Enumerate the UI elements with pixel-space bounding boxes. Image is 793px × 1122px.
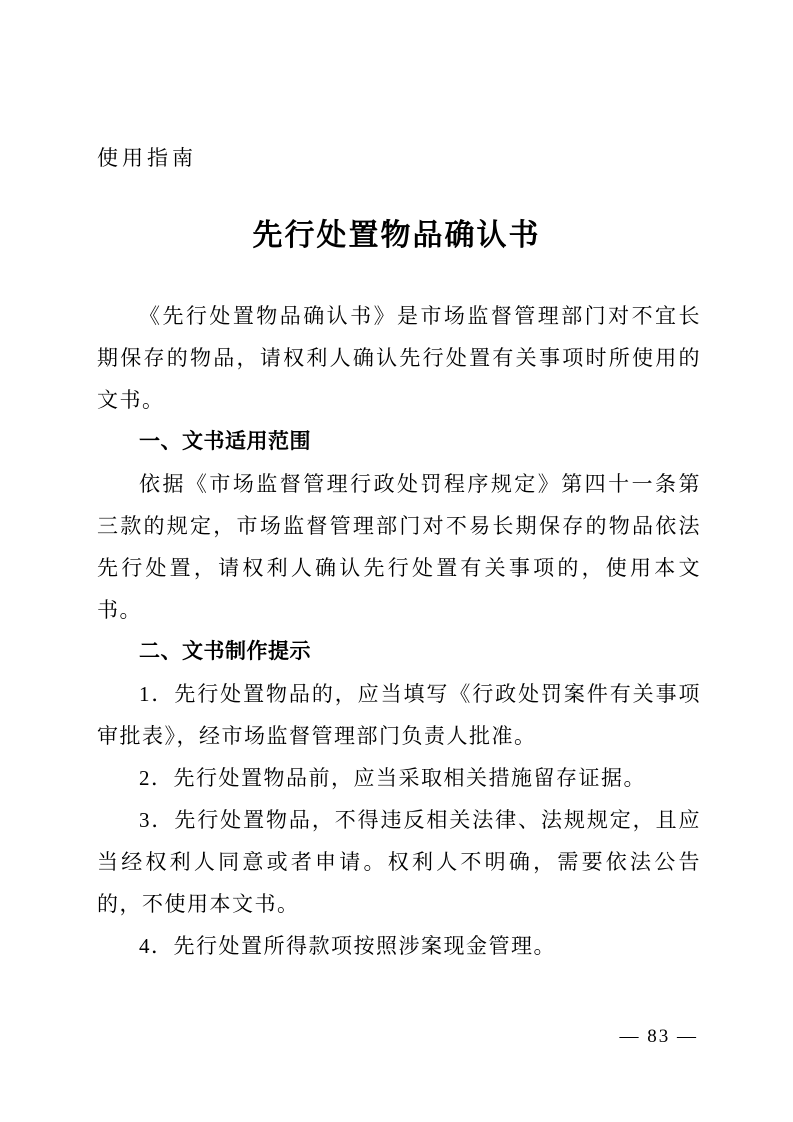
intro-paragraph: 《先行处置物品确认书》是市场监督管理部门对不宜长期保存的物品，请权利人确认先行处… — [97, 295, 701, 421]
document-page: 使用指南 先行处置物品确认书 《先行处置物品确认书》是市场监督管理部门对不宜长期… — [0, 0, 793, 1122]
doc-category-label: 使用指南 — [97, 142, 197, 172]
list-item-2: 2．先行处置物品前，应当采取相关措施留存证据。 — [97, 757, 701, 799]
section1-heading: 一、文书适用范围 — [97, 421, 701, 463]
section2-heading: 二、文书制作提示 — [97, 631, 701, 673]
list-item-4: 4．先行处置所得款项按照涉案现金管理。 — [97, 925, 701, 967]
list-item-3: 3．先行处置物品，不得违反相关法律、法规规定，且应当经权利人同意或者申请。权利人… — [97, 799, 701, 925]
document-body: 《先行处置物品确认书》是市场监督管理部门对不宜长期保存的物品，请权利人确认先行处… — [97, 295, 701, 967]
list-item-1: 1．先行处置物品的，应当填写《行政处罚案件有关事项审批表》，经市场监督管理部门负… — [97, 673, 701, 757]
section1-paragraph: 依据《市场监督管理行政处罚程序规定》第四十一条第三款的规定，市场监督管理部门对不… — [97, 463, 701, 631]
document-title: 先行处置物品确认书 — [0, 210, 793, 254]
page-number: — 83 — — [620, 1026, 699, 1048]
